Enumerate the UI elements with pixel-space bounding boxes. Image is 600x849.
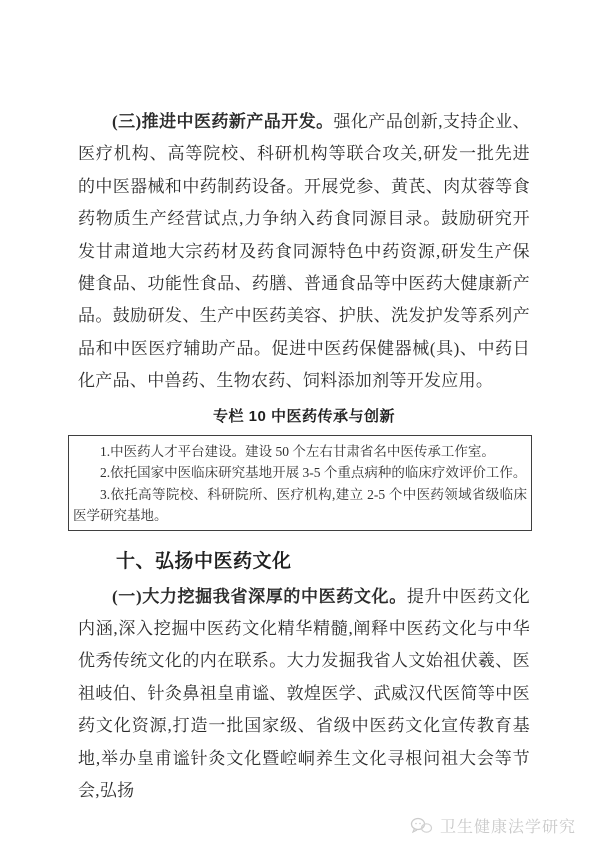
- paragraph-body-text: 强化产品创新,支持企业、医疗机构、高等院校、科研机构等联合攻关,研发一批先进的中…: [78, 112, 530, 390]
- document-page-content: (三)推进中医药新产品开发。强化产品创新,支持企业、医疗机构、高等院校、科研机构…: [78, 0, 530, 808]
- watermark-label: 卫生健康法学研究: [440, 814, 576, 837]
- column-box-item: 1.中医药人才平台建设。建设 50 个左右甘肃省名中医传承工作室。: [73, 441, 527, 463]
- column-box-item: 2.依托国家中医临床研究基地开展 3-5 个重点病种的临床疗效评价工作。: [73, 462, 527, 484]
- paragraph-culture-excavation: (一)大力挖掘我省深厚的中医药文化。提升中医药文化内涵,深入挖掘中医药文化精华精…: [78, 581, 530, 808]
- paragraph-bold-lead: (三)推进中医药新产品开发。: [112, 112, 334, 131]
- column-box-title: 专栏 10 中医药传承与创新: [78, 405, 530, 426]
- paragraph-body-text: 提升中医药文化内涵,深入挖掘中医药文化精华精髓,阐释中医药文化与中华优秀传统文化…: [78, 587, 530, 800]
- column-box-item: 3.依托高等院校、科研院所、医疗机构,建立 2-5 个中医药领域省级临床医学研究…: [73, 484, 527, 527]
- section-heading-culture: 十、弘扬中医药文化: [78, 546, 530, 573]
- watermark: 卫生健康法学研究: [410, 814, 576, 837]
- paragraph-new-product-development: (三)推进中医药新产品开发。强化产品创新,支持企业、医疗机构、高等院校、科研机构…: [78, 106, 530, 398]
- chat-bubbles-logo-icon: [410, 817, 434, 835]
- paragraph-bold-lead: (一)大力挖掘我省深厚的中医药文化。: [112, 587, 407, 606]
- column-box: 1.中医药人才平台建设。建设 50 个左右甘肃省名中医传承工作室。 2.依托国家…: [68, 435, 532, 531]
